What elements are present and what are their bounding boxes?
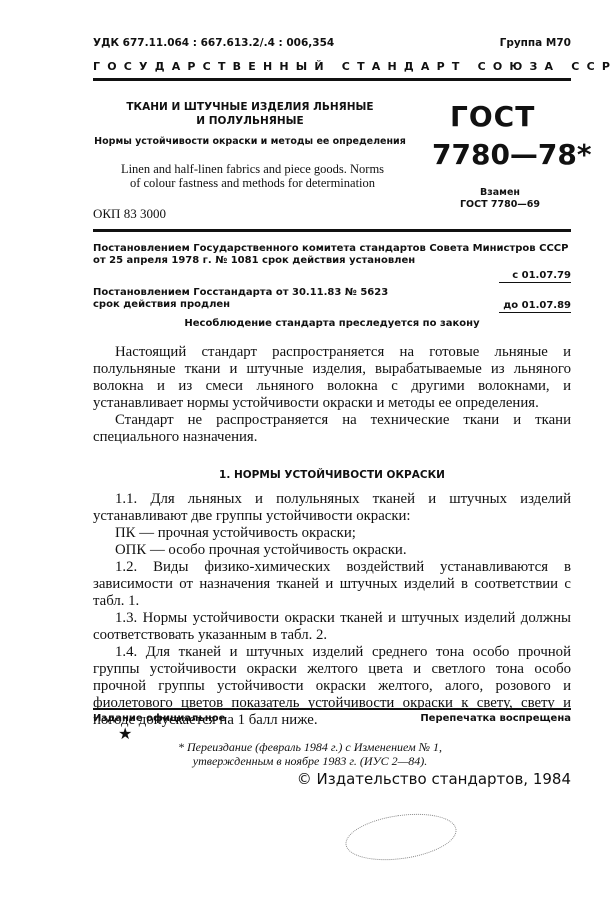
reprint-prohibited-label: Перепечатка воспрещена — [420, 713, 571, 724]
section-heading: 1. НОРМЫ УСТОЙЧИВОСТИ ОКРАСКИ — [93, 469, 571, 481]
decree-1-line-2: от 25 апреля 1978 г. № 1081 срок действи… — [93, 255, 571, 267]
top-rule — [93, 78, 571, 81]
header-rule — [93, 229, 571, 232]
udk-code: УДК 677.11.064 : 667.613.2/.4 : 006,354 — [93, 37, 334, 49]
title-line-1: ТКАНИ И ШТУЧНЫЕ ИЗДЕЛИЯ ЛЬНЯНЫЕ — [100, 100, 400, 114]
gost-label: ГОСТ — [450, 100, 535, 133]
state-standard-banner: ГОСУДАРСТВЕННЫЙ СТАНДАРТ СОЮЗА ССР — [93, 60, 571, 73]
group-code: Группа М70 — [500, 37, 571, 49]
paragraph: 1.2. Виды физико-химических воздействий … — [93, 559, 571, 610]
copyright: © Издательство стандартов, 1984 — [297, 770, 571, 788]
gost-number: 7780—78* — [432, 138, 592, 171]
reissue-note-line-1: * Переиздание (февраль 1984 г.) с Измене… — [120, 740, 500, 754]
reissue-note: * Переиздание (февраль 1984 г.) с Измене… — [120, 740, 500, 768]
footer-rule — [93, 708, 571, 710]
paragraph: 1.1. Для льняных и полульняных тканей и … — [93, 491, 571, 525]
document-title: ТКАНИ И ШТУЧНЫЕ ИЗДЕЛИЯ ЛЬНЯНЫЕ И ПОЛУЛЬ… — [100, 100, 400, 128]
title-line-2: И ПОЛУЛЬНЯНЫЕ — [100, 114, 400, 128]
english-title: Linen and half-linen fabrics and piece g… — [95, 162, 410, 190]
decree-2-line-1: Постановлением Госстандарта от 30.11.83 … — [93, 287, 388, 299]
okp-code: ОКП 83 3000 — [93, 206, 166, 222]
extended-date: до 01.07.89 — [499, 300, 571, 313]
replaces-standard: ГОСТ 7780—69 — [440, 199, 560, 211]
stamp-icon — [342, 807, 459, 866]
replaces-block: Взамен ГОСТ 7780—69 — [440, 187, 560, 211]
law-notice: Несоблюдение стандарта преследуется по з… — [93, 318, 571, 329]
english-title-line-1: Linen and half-linen fabrics and piece g… — [95, 162, 410, 176]
paragraph: 1.3. Нормы устойчивости окраски тканей и… — [93, 610, 571, 644]
english-title-line-2: of colour fastness and methods for deter… — [95, 176, 410, 190]
effective-date: с 01.07.79 — [499, 270, 571, 283]
intro-text: Настоящий стандарт распространяется на г… — [93, 344, 571, 446]
section-1-text: 1.1. Для льняных и полульняных тканей и … — [93, 491, 571, 729]
intro-paragraph: Настоящий стандарт распространяется на г… — [93, 344, 571, 412]
reissue-note-line-2: утвержденным в ноябре 1983 г. (ИУС 2—84)… — [120, 754, 500, 768]
replaces-label: Взамен — [440, 187, 560, 199]
decree-1-line-1: Постановлением Государственного комитета… — [93, 243, 571, 255]
document-subtitle: Нормы устойчивости окраски и методы ее о… — [85, 136, 415, 147]
decree-2: Постановлением Госстандарта от 30.11.83 … — [93, 287, 388, 311]
decree-1: Постановлением Государственного комитета… — [93, 243, 571, 267]
intro-paragraph: Стандарт не распространяется на техничес… — [93, 412, 571, 446]
decree-2-line-2: срок действия продлен — [93, 299, 388, 311]
paragraph: ПК — прочная устойчивость окраски; — [93, 525, 571, 542]
paragraph: ОПК — особо прочная устойчивость окраски… — [93, 542, 571, 559]
official-edition-label: Издание официальное — [93, 713, 225, 724]
